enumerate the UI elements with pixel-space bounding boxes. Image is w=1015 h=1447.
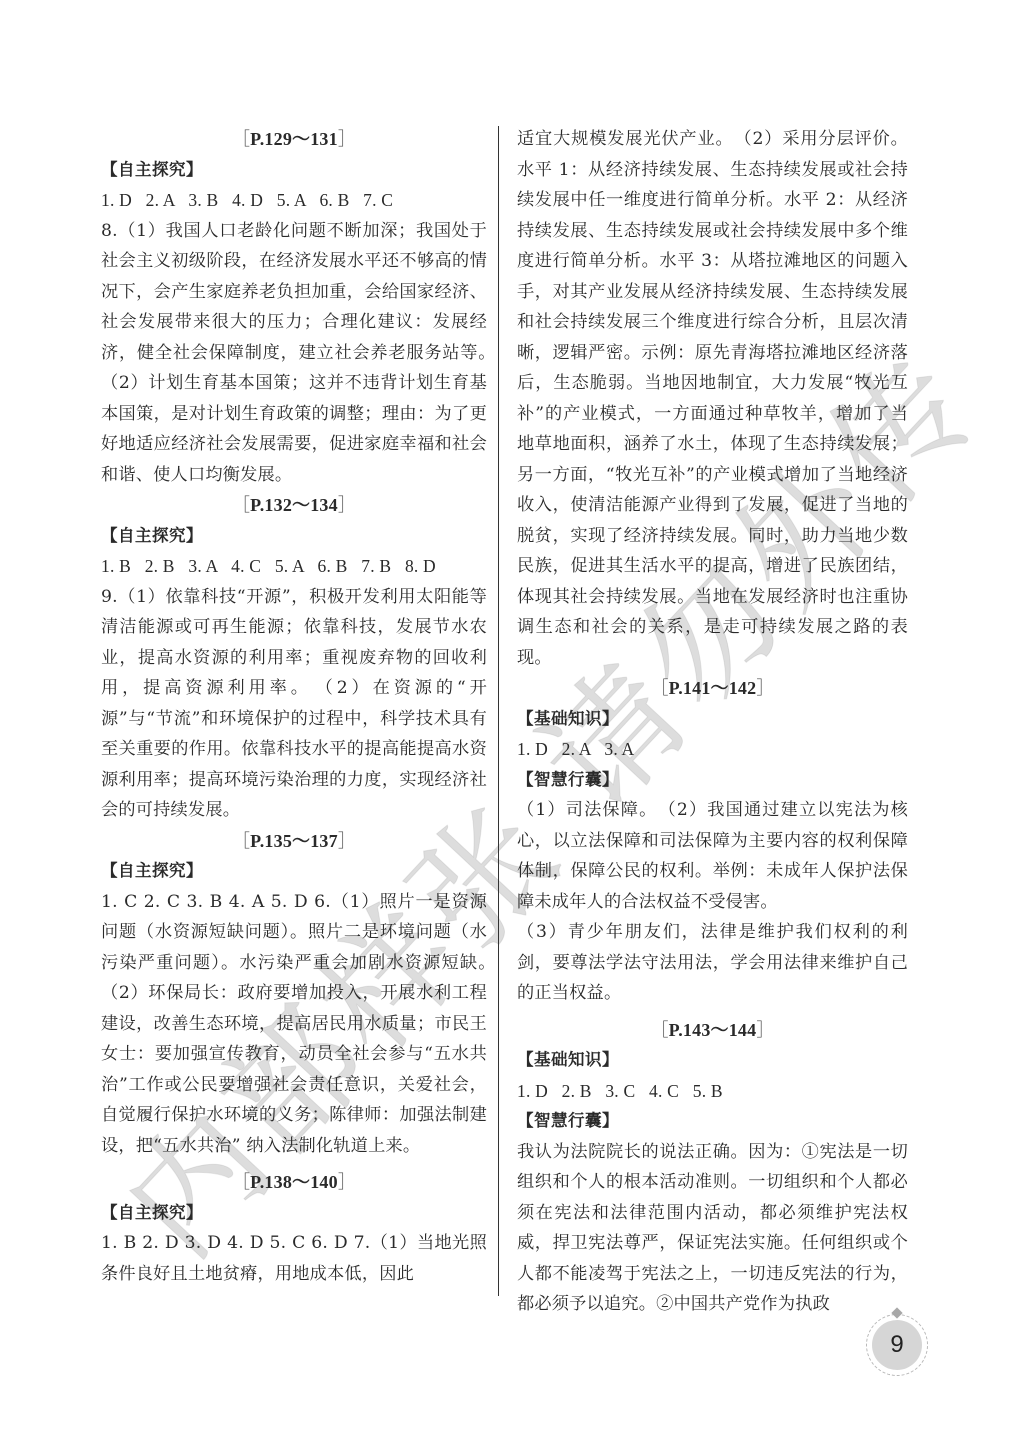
page-range-label: P.141～142: [669, 678, 757, 698]
answer-list: 1. B 2. B 3. A 4. C 5. A 6. B 7. B 8. D: [101, 551, 487, 582]
answer-paragraph: 9.（1）依靠科技“开源”，积极开发利用太阳能等清洁能源或可再生能源；依靠科技，…: [101, 582, 487, 826]
page-range-heading: ［P.138～140］: [101, 1167, 487, 1198]
answer-list: 1. D 2. B 3. C 4. C 5. B: [517, 1076, 908, 1107]
page-range-heading: ［P.141～142］: [517, 673, 908, 704]
left-column: ［P.129～131］ 【自主探究】 1. D 2. A 3. B 4. D 5…: [101, 124, 487, 1289]
right-column: 适宜大规模发展光伏产业。 （2）采用分层评价。水平 1：从经济持续发展、生态持续…: [517, 124, 908, 1320]
answer-key-page: 内部样张 请勿外传 ［P.129～131］ 【自主探究】 1. D 2. A 3…: [0, 0, 1015, 1447]
page-range-heading: ［P.135～137］: [101, 826, 487, 857]
answer-paragraph: 8.（1）我国人口老龄化问题不断加深；我国处于社会主义初级阶段，在经济发展水平还…: [101, 216, 487, 491]
section-label: 【自主探究】: [101, 521, 487, 552]
page-number-badge: 9: [866, 1314, 930, 1378]
page-range-label: P.129～131: [250, 129, 338, 149]
page-range-label: P.135～137: [250, 831, 338, 851]
answer-paragraph: （1）司法保障。 （2）我国通过建立以宪法为核心，以立法保障和司法保障为主要内容…: [517, 795, 908, 917]
answer-paragraph: 我认为法院院长的说法正确。因为：①宪法是一切组织和个人的根本活动准则。一切组织和…: [517, 1137, 908, 1320]
section-label: 【基础知识】: [517, 1045, 908, 1076]
answer-paragraph: 1. C 2. C 3. B 4. A 5. D 6.（1）照片一是资源问题（水…: [101, 887, 487, 1162]
column-divider: [498, 126, 499, 1296]
section-label: 【基础知识】: [517, 704, 908, 735]
page-range-label: P.143～144: [669, 1020, 757, 1040]
section-label: 【智慧行囊】: [517, 765, 908, 796]
section-label: 【自主探究】: [101, 856, 487, 887]
page-range-heading: ［P.143～144］: [517, 1015, 908, 1046]
answer-list: 1. D 2. A 3. B 4. D 5. A 6. B 7. C: [101, 185, 487, 216]
answer-list: 1. D 2. A 3. A: [517, 734, 908, 765]
answer-paragraph: 适宜大规模发展光伏产业。 （2）采用分层评价。水平 1：从经济持续发展、生态持续…: [517, 124, 908, 673]
page-range-heading: ［P.129～131］: [101, 124, 487, 155]
page-range-label: P.132～134: [250, 495, 338, 515]
section-label: 【智慧行囊】: [517, 1106, 908, 1137]
section-label: 【自主探究】: [101, 1198, 487, 1229]
page-number: 9: [872, 1320, 922, 1370]
section-label: 【自主探究】: [101, 155, 487, 186]
answer-paragraph: （3）青少年朋友们，法律是维护我们权利的利剑，要尊法学法守法用法，学会用法律来维…: [517, 917, 908, 1009]
page-range-label: P.138～140: [250, 1172, 338, 1192]
answer-paragraph: 1. B 2. D 3. D 4. D 5. C 6. D 7.（1）当地光照条…: [101, 1228, 487, 1289]
page-range-heading: ［P.132～134］: [101, 490, 487, 521]
